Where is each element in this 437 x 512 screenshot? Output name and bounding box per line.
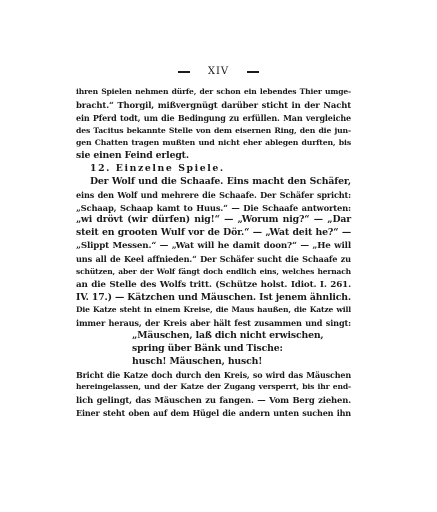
verse-line: „Mäuschen, laß dich nicht erwischen, [76, 330, 351, 343]
text-line: schützen, aber der Wolf fängt doch endli… [76, 266, 351, 279]
text-line: Einer steht oben auf dem Hügel die ander… [76, 407, 351, 420]
section-heading: 12. Einzelne Spiele. [76, 163, 351, 176]
text-line: des Tacitus bekannte Stelle von dem eise… [76, 125, 351, 138]
text-line: Die Katze steht in einem Kreise, die Mau… [76, 304, 351, 317]
page-header: XIV [0, 66, 437, 78]
text-line: lich gelingt, das Mäuschen zu fangen. — … [76, 394, 351, 407]
header-dash-left [178, 71, 190, 73]
text-line: Bricht die Katze doch durch den Kreis, s… [76, 369, 351, 382]
text-line: Der Wolf und die Schaafe. Eins macht den… [76, 176, 351, 189]
text-line: „Slippt Messen.“ — „Wat will he damit do… [76, 240, 351, 253]
text-line: gen Chatten tragen mußten und nicht eher… [76, 137, 351, 150]
text-line: IV. 17.) — Kätzchen und Mäuschen. Ist je… [76, 292, 351, 305]
text-line: hereingelassen, und der Katze der Zugang… [76, 381, 351, 394]
text-line: ihren Spielen nehmen dürfe, der schon ei… [76, 86, 351, 99]
text-line: an die Stelle des Wolfs tritt. (Schütze … [76, 279, 351, 292]
text-line: „wi drövt (wir dürfen) nig!“ — „Worum ni… [76, 214, 351, 227]
text-line: steit en grooten Wulf vor de Dör.“ — „Wa… [76, 227, 351, 240]
text-line: sie einen Feind erlegt. [76, 150, 351, 163]
text-line: ein Pferd todt, um die Bedingung zu erfü… [76, 112, 351, 125]
text-line: eins den Wolf und mehrere die Schaafe. D… [76, 189, 351, 202]
text-line: bracht.“ Thorgil, mißvergnügt darüber st… [76, 99, 351, 112]
verse-line: spring über Bänk und Tische: [76, 343, 351, 356]
text-line: „Schaap, Schaap kamt to Huus.“ — Die Sch… [76, 202, 351, 215]
body-text: ihren Spielen nehmen dürfe, der schon ei… [76, 86, 351, 420]
verse-line: husch! Mäuschen, husch! [76, 356, 351, 369]
text-line: immer heraus, der Kreis aber hält fest z… [76, 317, 351, 330]
header-dash-right [247, 71, 259, 73]
text-line: uns all de Keel affnieden.“ Der Schäfer … [76, 253, 351, 266]
page-number: XIV [208, 66, 229, 77]
